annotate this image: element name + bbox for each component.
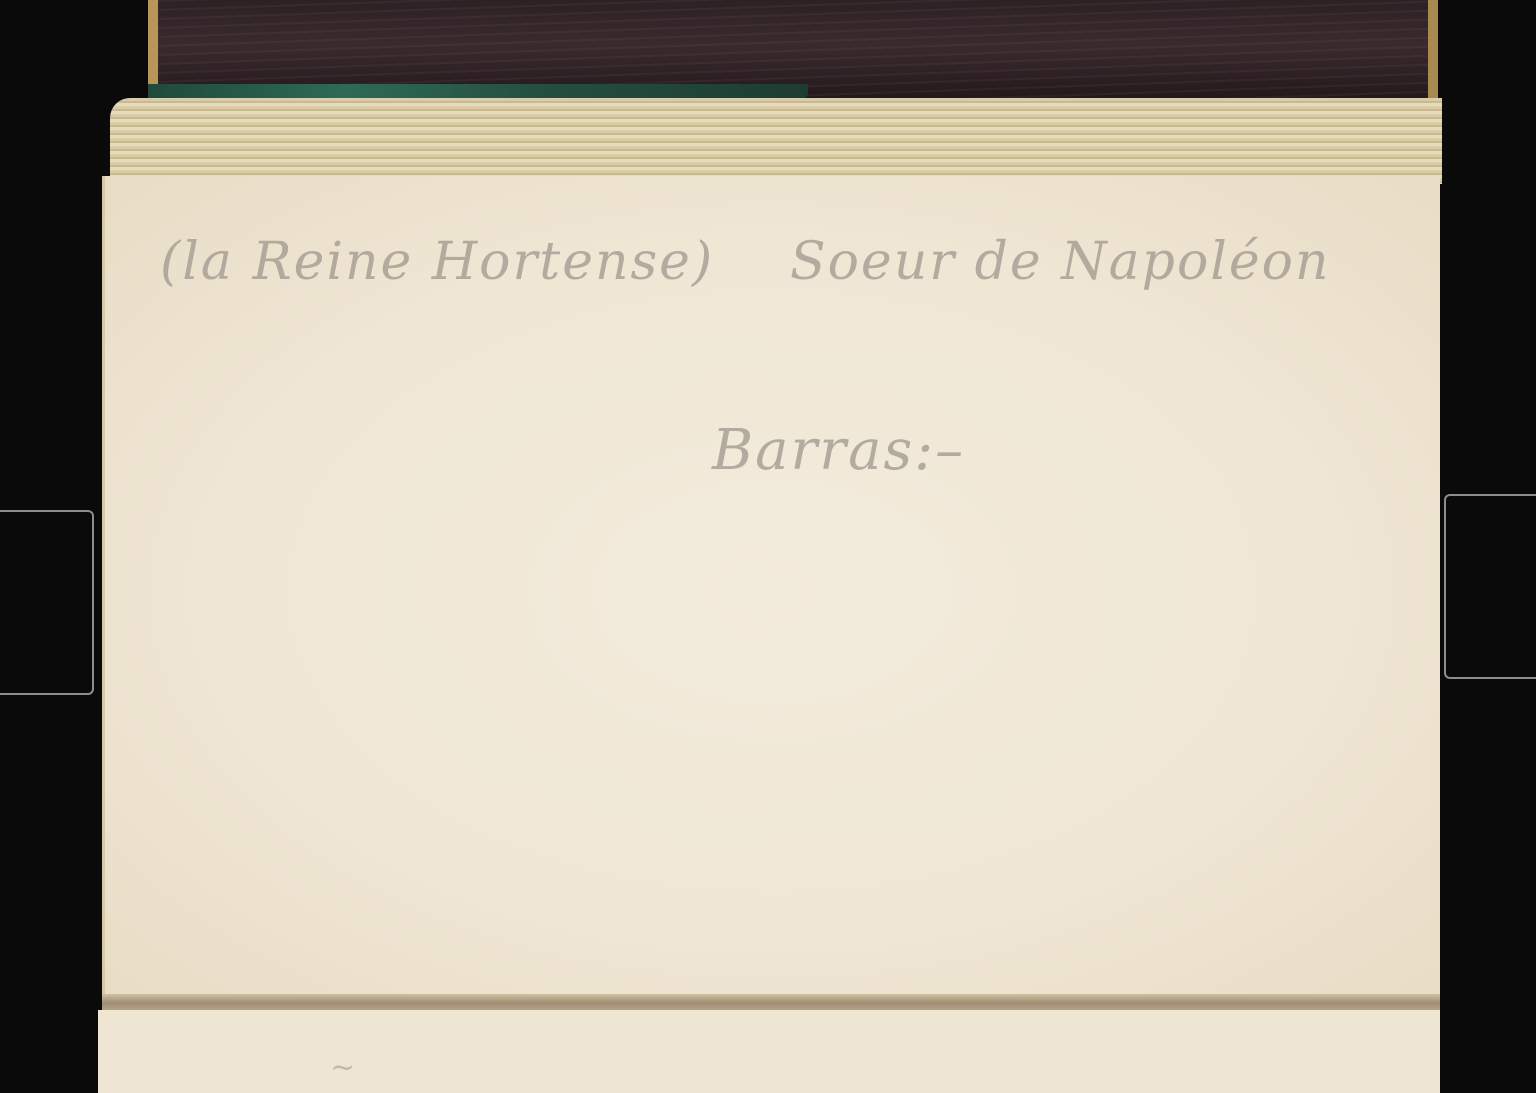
- next-page: [98, 1010, 1440, 1093]
- right-wire-clip: [1444, 494, 1536, 679]
- left-wire-clip: [0, 510, 94, 695]
- sketchbook-page: [102, 176, 1440, 1006]
- inscription-line1-left: (la Reine Hortense): [160, 232, 714, 292]
- page-edges: [110, 98, 1442, 184]
- lower-page-mark: ~: [330, 1050, 355, 1085]
- inscription-line1-right: Soeur de Napoléon: [790, 232, 1330, 292]
- inscription-line2: Barras:–: [712, 418, 965, 483]
